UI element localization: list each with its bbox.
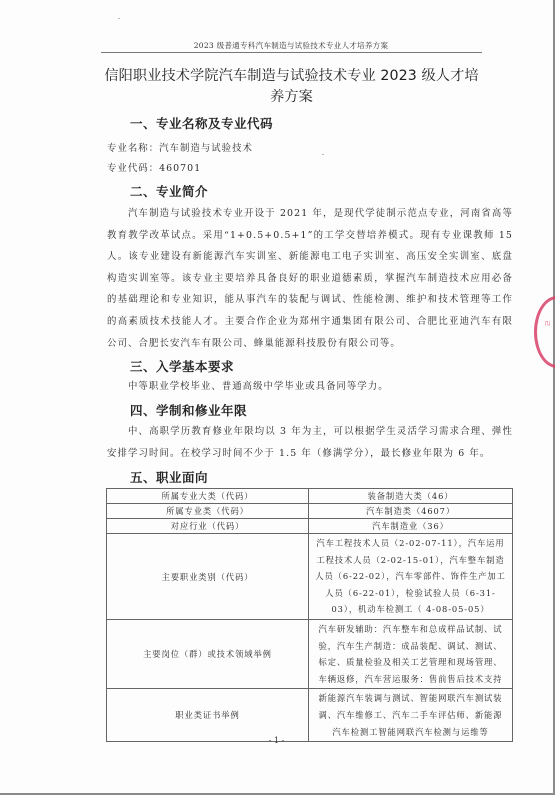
table-key: 主要岗位（群）或技术领域举例 — [107, 620, 309, 689]
section-3-heading: 三、入学基本要求 — [130, 357, 234, 375]
seal-stamp-mark-icon: ㄹ — [541, 320, 552, 328]
major-code: 专业代码：460701 — [107, 160, 201, 174]
table-key: 主要职业类别（代码） — [107, 534, 309, 620]
running-header: 2023 级普通专科汽车制造与试验技术专业人才培养方案 — [100, 40, 482, 51]
table-value: 装备制造大类（46） — [309, 489, 513, 504]
section-1-heading: 一、专业名称及专业代码 — [130, 114, 273, 132]
table-value: 汽车制造业（36） — [309, 519, 513, 534]
career-orientation-table: 所属专业大类（代码） 装备制造大类（46） 所属专业类（代码） 汽车制造类（46… — [106, 488, 513, 742]
section-5-heading: 五、职业面向 — [130, 468, 208, 486]
table-value: 汽车制造类（4607） — [309, 504, 513, 519]
section-2-heading: 二、专业简介 — [130, 182, 208, 200]
document-page: 2023 级普通专科汽车制造与试验技术专业人才培养方案 信阳职业技术学院汽车制造… — [0, 0, 555, 795]
table-row: 所属专业大类（代码） 装备制造大类（46） — [107, 489, 513, 504]
table-row: 职业类证书举例 新能源汽车装调与测试、智能网联汽车测试装调、汽车维修工、汽车二手… — [107, 689, 513, 742]
table-key: 所属专业类（代码） — [107, 504, 309, 519]
header-rule — [101, 52, 482, 53]
table-value: 新能源汽车装调与测试、智能网联汽车测试装调、汽车维修工、汽车二手车评估师、新能源… — [309, 689, 513, 742]
table-row: 所属专业类（代码） 汽车制造类（4607） — [107, 504, 513, 519]
major-introduction: 汽车制造与试验技术专业开设于 2021 年，是现代学徒制示范点专业，河南省高等教… — [107, 203, 513, 354]
table-row: 对应行业（代码） 汽车制造业（36） — [107, 519, 513, 534]
table-row: 主要岗位（群）或技术领域举例 汽车研发辅助：汽车整车和总成样品试制、试验，汽车生… — [107, 620, 513, 689]
major-name: 专业名称：汽车制造与试验技术 — [107, 140, 253, 154]
table-key: 对应行业（代码） — [107, 519, 309, 534]
table-key: 所属专业大类（代码） — [107, 489, 309, 504]
table-value: 汽车工程技术人员（2-02-07-11），汽车运用工程技术人员（2-02-15-… — [309, 534, 513, 620]
scan-speck — [118, 18, 120, 19]
admission-requirements: 中等职业学校毕业、普通高级中学毕业或具备同等学力。 — [107, 376, 513, 398]
table-row: 主要职业类别（代码） 汽车工程技术人员（2-02-07-11），汽车运用工程技术… — [107, 534, 513, 620]
section-4-heading: 四、学制和修业年限 — [130, 401, 247, 419]
official-seal-stamp — [534, 296, 555, 368]
study-duration: 中、高职学历教育修业年限均以 3 年为主，可以根据学生灵活学习需求合理、弹性安排… — [107, 421, 513, 464]
table-key: 职业类证书举例 — [107, 689, 309, 742]
table-value: 汽车研发辅助：汽车整车和总成样品试制、试验，汽车生产制造：成品装配、调试、测试、… — [309, 620, 513, 689]
document-title: 信阳职业技术学院汽车制造与试验技术专业 2023 级人才培养方案 — [100, 66, 483, 108]
scan-speck — [322, 154, 324, 155]
page-number: - 1 - — [0, 736, 553, 745]
